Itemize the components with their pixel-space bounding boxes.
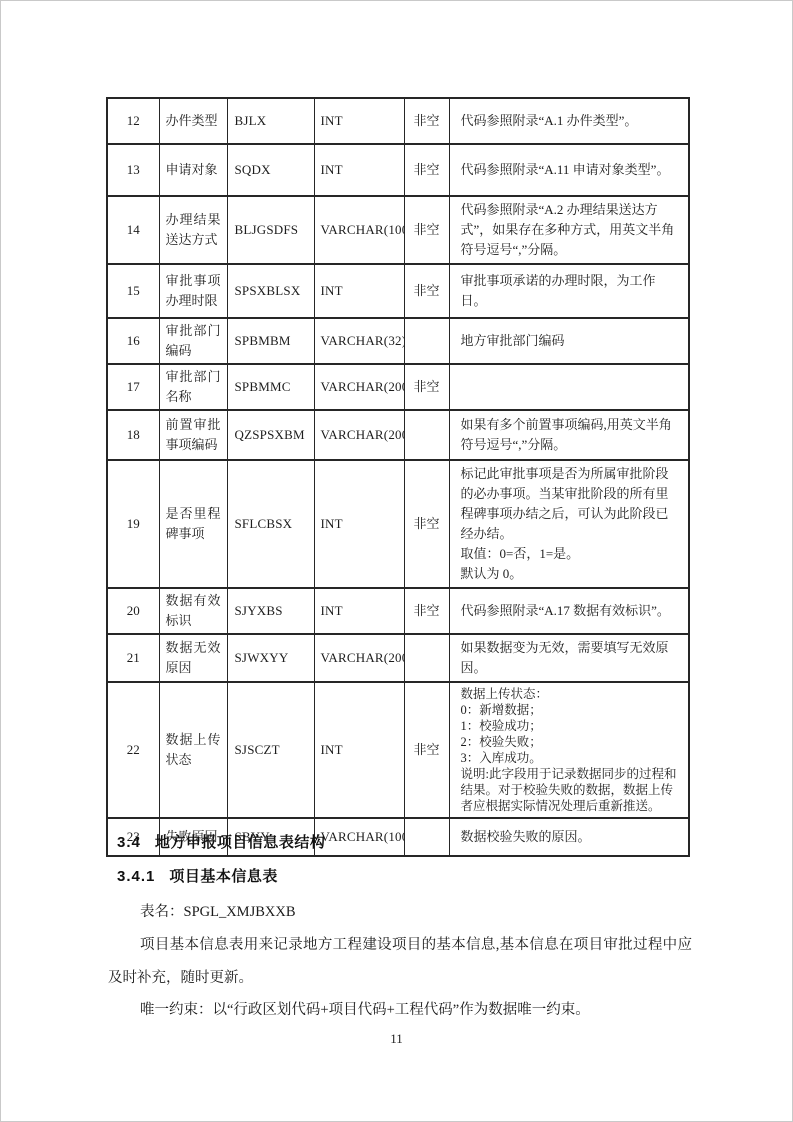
- cell-field-type: INT: [314, 98, 404, 144]
- cell-row-number: 19: [107, 460, 159, 588]
- cell-nullable: 非空: [404, 364, 449, 410]
- cell-field-code: SPBMBM: [227, 318, 314, 364]
- field-definition-table: 12 办件类型 BJLX INT 非空 代码参照附录“A.1 办件类型”。 13…: [106, 97, 690, 857]
- cell-row-number: 15: [107, 264, 159, 318]
- section-number: 3.4: [117, 834, 141, 851]
- cell-row-number: 21: [107, 634, 159, 682]
- table-row: 19 是否里程碑事项 SFLCBSX INT 非空 标记此审批事项是否为所属审批…: [107, 460, 689, 588]
- cell-field-name: 前置审批事项编码: [159, 410, 227, 460]
- cell-nullable: 非空: [404, 196, 449, 264]
- cell-field-name: 审批部门名称: [159, 364, 227, 410]
- section-heading-3-4: 3.4地方申报项目信息表结构: [117, 831, 325, 852]
- unique-constraint-paragraph: 唯一约束：以“行政区划代码+项目代码+工程代码”作为数据唯一约束。: [108, 994, 692, 1027]
- table-row: 18 前置审批事项编码 QZSPSXBM VARCHAR(200) 如果有多个前…: [107, 410, 689, 460]
- cell-field-name: 办理结果送达方式: [159, 196, 227, 264]
- cell-field-name: 数据有效标识: [159, 588, 227, 634]
- cell-field-code: SJSCZT: [227, 682, 314, 818]
- cell-nullable: [404, 634, 449, 682]
- cell-field-name: 审批部门编码: [159, 318, 227, 364]
- cell-field-code: QZSPSXBM: [227, 410, 314, 460]
- document-page: 12 办件类型 BJLX INT 非空 代码参照附录“A.1 办件类型”。 13…: [0, 0, 793, 1122]
- cell-field-type: INT: [314, 588, 404, 634]
- table-row: 21 数据无效原因 SJWXYY VARCHAR(200) 如果数据变为无效，需…: [107, 634, 689, 682]
- cell-field-name: 办件类型: [159, 98, 227, 144]
- cell-description: 代码参照附录“A.17 数据有效标识”。: [449, 588, 689, 634]
- cell-field-code: SJWXYY: [227, 634, 314, 682]
- cell-row-number: 14: [107, 196, 159, 264]
- cell-nullable: 非空: [404, 98, 449, 144]
- cell-field-code: SFLCBSX: [227, 460, 314, 588]
- cell-field-code: SPBMMC: [227, 364, 314, 410]
- cell-description: 数据校验失败的原因。: [449, 818, 689, 856]
- cell-field-type: INT: [314, 144, 404, 196]
- cell-description: 代码参照附录“A.1 办件类型”。: [449, 98, 689, 144]
- cell-nullable: [404, 818, 449, 856]
- cell-field-code: SQDX: [227, 144, 314, 196]
- cell-nullable: 非空: [404, 682, 449, 818]
- table-row: 17 审批部门名称 SPBMMC VARCHAR(200) 非空: [107, 364, 689, 410]
- cell-field-type: INT: [314, 682, 404, 818]
- cell-field-name: 数据无效原因: [159, 634, 227, 682]
- cell-row-number: 13: [107, 144, 159, 196]
- cell-description: 标记此审批事项是否为所属审批阶段的必办事项。当某审批阶段的所有里程碑事项办结之后…: [449, 460, 689, 588]
- cell-description: 如果有多个前置事项编码,用英文半角符号逗号“,”分隔。: [449, 410, 689, 460]
- cell-field-type: VARCHAR(200): [314, 410, 404, 460]
- cell-description: 代码参照附录“A.11 申请对象类型”。: [449, 144, 689, 196]
- cell-description: [449, 364, 689, 410]
- cell-row-number: 16: [107, 318, 159, 364]
- table-name-paragraph: 表名：SPGL_XMJBXXB: [108, 896, 692, 929]
- cell-description: 审批事项承诺的办理时限，为工作日。: [449, 264, 689, 318]
- cell-field-name: 审批事项办理时限: [159, 264, 227, 318]
- table-row: 22 数据上传状态 SJSCZT INT 非空 数据上传状态： 0：新增数据； …: [107, 682, 689, 818]
- cell-field-name: 申请对象: [159, 144, 227, 196]
- cell-field-type: INT: [314, 264, 404, 318]
- cell-nullable: [404, 318, 449, 364]
- cell-field-code: BLJGSDFS: [227, 196, 314, 264]
- table-row: 15 审批事项办理时限 SPSXBLSX INT 非空 审批事项承诺的办理时限，…: [107, 264, 689, 318]
- cell-nullable: 非空: [404, 588, 449, 634]
- cell-description: 数据上传状态： 0：新增数据； 1：校验成功； 2：校验失败； 3：入库成功。 …: [449, 682, 689, 818]
- cell-row-number: 22: [107, 682, 159, 818]
- cell-field-type: VARCHAR(200): [314, 634, 404, 682]
- cell-field-type: INT: [314, 460, 404, 588]
- cell-nullable: 非空: [404, 264, 449, 318]
- table-row: 12 办件类型 BJLX INT 非空 代码参照附录“A.1 办件类型”。: [107, 98, 689, 144]
- cell-row-number: 17: [107, 364, 159, 410]
- cell-field-type: VARCHAR(200): [314, 364, 404, 410]
- cell-field-code: BJLX: [227, 98, 314, 144]
- cell-field-type: VARCHAR(100): [314, 196, 404, 264]
- cell-nullable: 非空: [404, 144, 449, 196]
- table-row: 20 数据有效标识 SJYXBS INT 非空 代码参照附录“A.17 数据有效…: [107, 588, 689, 634]
- section-number: 3.4.1: [117, 868, 155, 885]
- cell-row-number: 20: [107, 588, 159, 634]
- section-heading-3-4-1: 3.4.1项目基本信息表: [117, 865, 278, 886]
- intro-paragraph: 项目基本信息表用来记录地方工程建设项目的基本信息,基本信息在项目审批过程中应及时…: [108, 929, 692, 995]
- cell-field-name: 数据上传状态: [159, 682, 227, 818]
- cell-row-number: 18: [107, 410, 159, 460]
- cell-field-code: SPSXBLSX: [227, 264, 314, 318]
- cell-nullable: [404, 410, 449, 460]
- table-row: 14 办理结果送达方式 BLJGSDFS VARCHAR(100) 非空 代码参…: [107, 196, 689, 264]
- cell-row-number: 12: [107, 98, 159, 144]
- cell-field-type: VARCHAR(1000): [314, 818, 404, 856]
- cell-field-type: VARCHAR(32): [314, 318, 404, 364]
- cell-description: 如果数据变为无效，需要填写无效原因。: [449, 634, 689, 682]
- cell-description: 代码参照附录“A.2 办理结果送达方式”，如果存在多种方式，用英文半角符号逗号“…: [449, 196, 689, 264]
- table-row: 13 申请对象 SQDX INT 非空 代码参照附录“A.11 申请对象类型”。: [107, 144, 689, 196]
- section-title: 项目基本信息表: [169, 868, 278, 885]
- cell-description: 地方审批部门编码: [449, 318, 689, 364]
- page-number: 11: [0, 1031, 793, 1047]
- cell-field-name: 是否里程碑事项: [159, 460, 227, 588]
- cell-field-code: SJYXBS: [227, 588, 314, 634]
- table-row: 16 审批部门编码 SPBMBM VARCHAR(32) 地方审批部门编码: [107, 318, 689, 364]
- section-title: 地方申报项目信息表结构: [155, 834, 326, 851]
- cell-nullable: 非空: [404, 460, 449, 588]
